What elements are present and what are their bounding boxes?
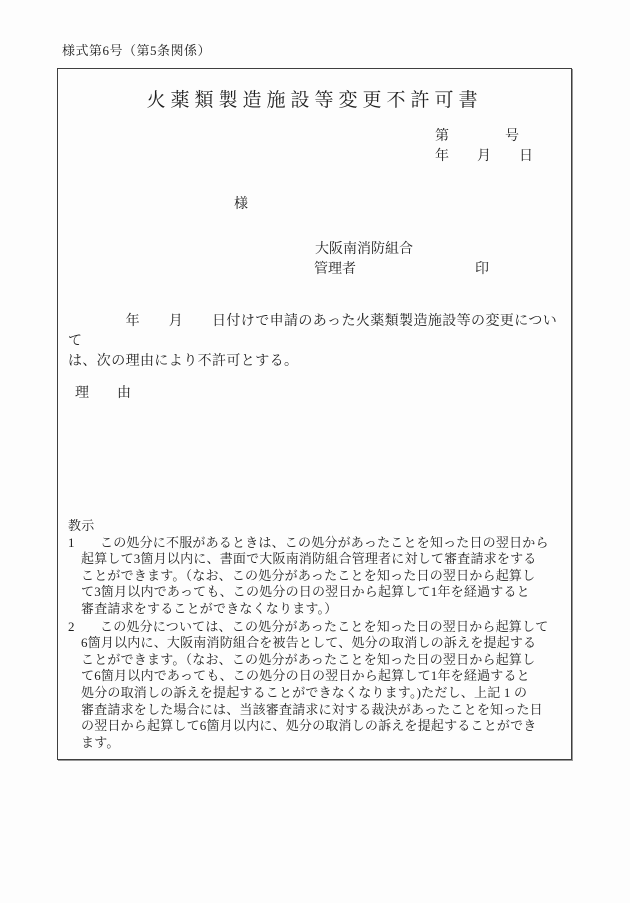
issuer-title: 管理者 bbox=[314, 258, 356, 278]
advice-heading: 教示 bbox=[68, 518, 571, 535]
document-border-box: 火薬類製造施設等変更不許可書 第 号 年 月 日 様 大阪南消防組合 管理者 印… bbox=[57, 68, 572, 760]
advice-item-2-text: この処分については、この処分があったことを知った日の翌日から起算して 6箇月以内… bbox=[81, 619, 571, 752]
reason-label: 理 由 bbox=[75, 382, 131, 402]
document-date-line: 年 月 日 bbox=[435, 145, 533, 165]
document-title: 火薬類製造施設等変更不許可書 bbox=[58, 85, 571, 112]
form-number-label: 様式第6号（第5条関係） bbox=[62, 40, 211, 59]
addressee-honorific: 様 bbox=[234, 193, 248, 213]
body-paragraph: 年 月 日付けで申請のあった火薬類製造施設等の変更について は、次の理由により不… bbox=[68, 312, 568, 372]
seal-placeholder: 印 bbox=[475, 258, 489, 278]
advice-item-1-text: この処分に不服があるときは、この処分があったことを知った日の翌日から 起算して3… bbox=[81, 535, 571, 618]
issuer-organization: 大阪南消防組合 bbox=[315, 238, 413, 258]
advice-item-1: 1 この処分に不服があるときは、この処分があったことを知った日の翌日から 起算し… bbox=[68, 535, 571, 618]
advice-section: 教示 1 この処分に不服があるときは、この処分があったことを知った日の翌日から … bbox=[68, 518, 571, 751]
advice-item-1-number: 1 bbox=[68, 535, 75, 552]
document-page: 様式第6号（第5条関係） 火薬類製造施設等変更不許可書 第 号 年 月 日 様 … bbox=[0, 0, 630, 903]
document-number-line: 第 号 bbox=[435, 125, 519, 145]
advice-item-2: 2 この処分については、この処分があったことを知った日の翌日から起算して 6箇月… bbox=[68, 619, 571, 752]
advice-item-2-number: 2 bbox=[68, 619, 75, 636]
